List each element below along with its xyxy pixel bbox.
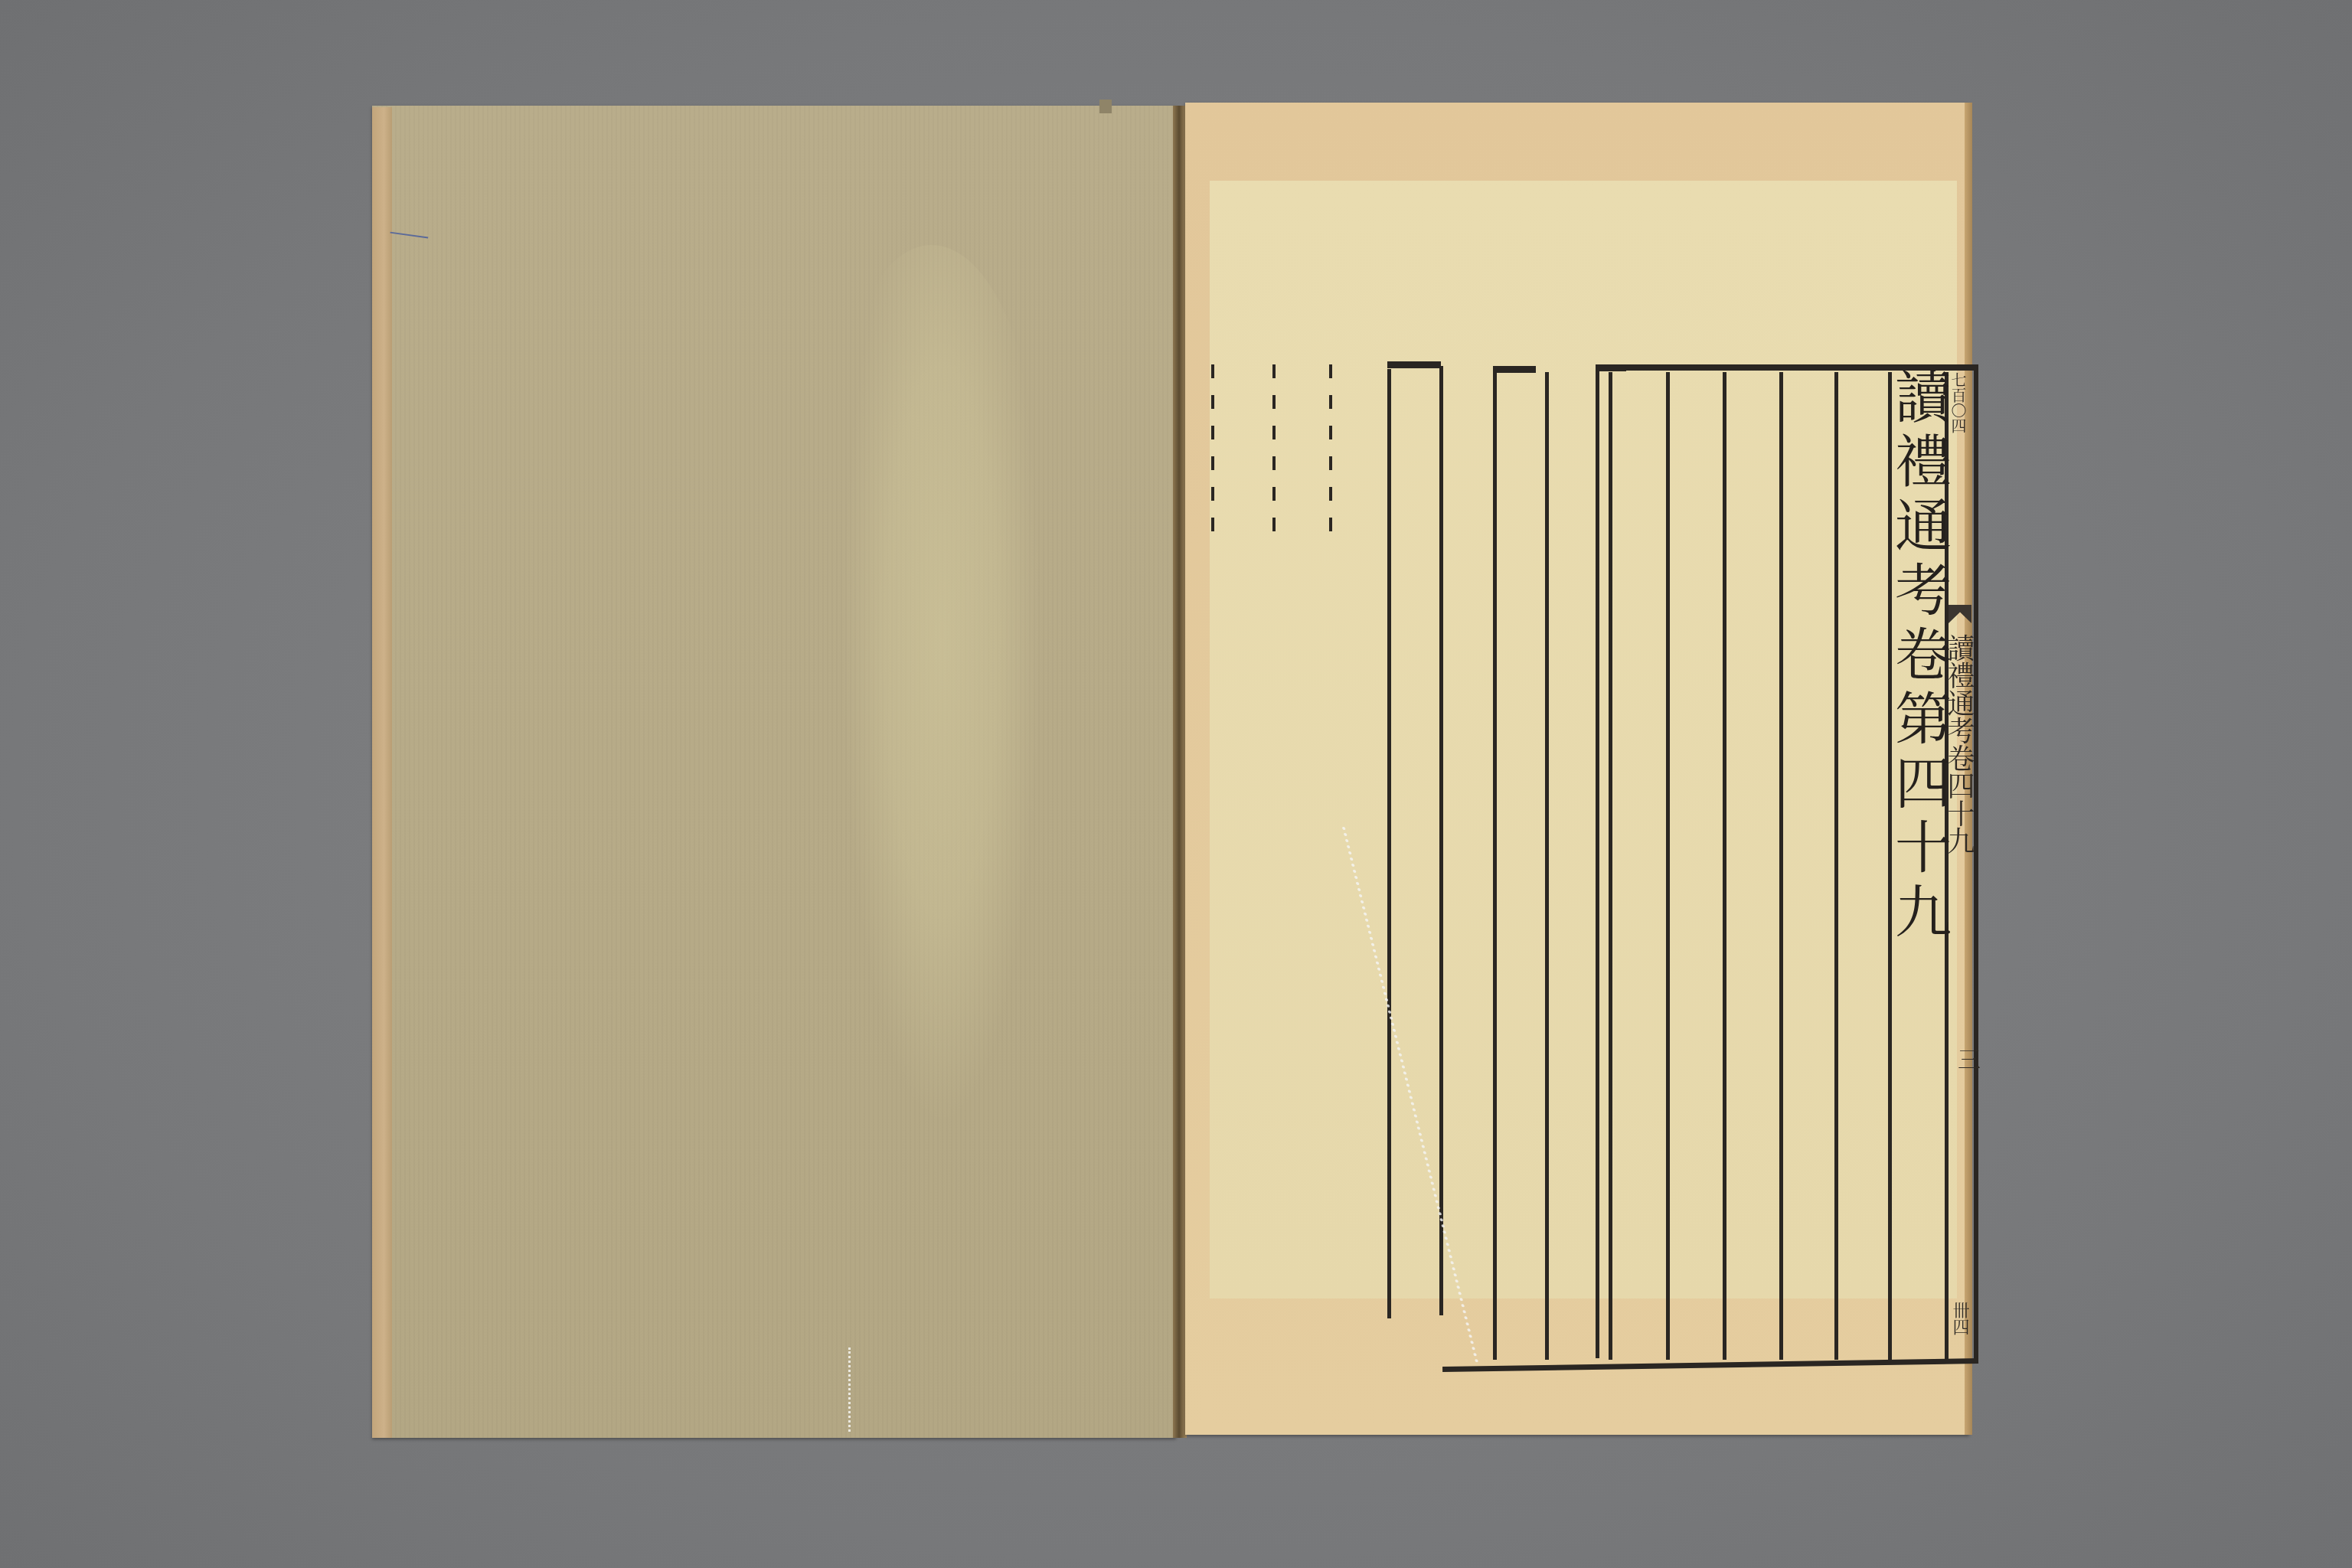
- faint-column-rule: [1211, 364, 1214, 548]
- leaf-count-mark: 七百〇四: [1949, 372, 1966, 433]
- faint-column-rule: [1329, 364, 1332, 548]
- column-rule: [1596, 371, 1599, 1358]
- left-page-endpaper: [372, 106, 1176, 1438]
- left-page-fore-edge: [372, 107, 392, 1438]
- column-rule: [1723, 372, 1726, 1360]
- frame-top-fragment: [1493, 366, 1536, 373]
- column-rule: [1609, 372, 1612, 1360]
- frame-top-fragment: [1387, 361, 1441, 368]
- block-number: 卌四: [1950, 1302, 1968, 1335]
- woodblock-print-frame: [1603, 364, 2139, 1360]
- paper-abrasion-left: [848, 1347, 881, 1432]
- faint-column-rule: [1272, 364, 1276, 548]
- frame-right-border: [1974, 364, 1978, 1364]
- page-number: 三: [1949, 1047, 1983, 1070]
- column-rule: [1545, 372, 1549, 1360]
- block-heart-title: 讀禮通考卷四十九: [1943, 634, 1974, 854]
- chapter-title: 讀禮通考卷第四十九: [1888, 367, 1949, 946]
- column-rule: [1779, 372, 1783, 1360]
- column-rule: [1666, 372, 1670, 1360]
- column-rule: [1834, 372, 1838, 1360]
- water-stain: [842, 245, 1041, 1125]
- left-page-top-notch: [1099, 100, 1112, 113]
